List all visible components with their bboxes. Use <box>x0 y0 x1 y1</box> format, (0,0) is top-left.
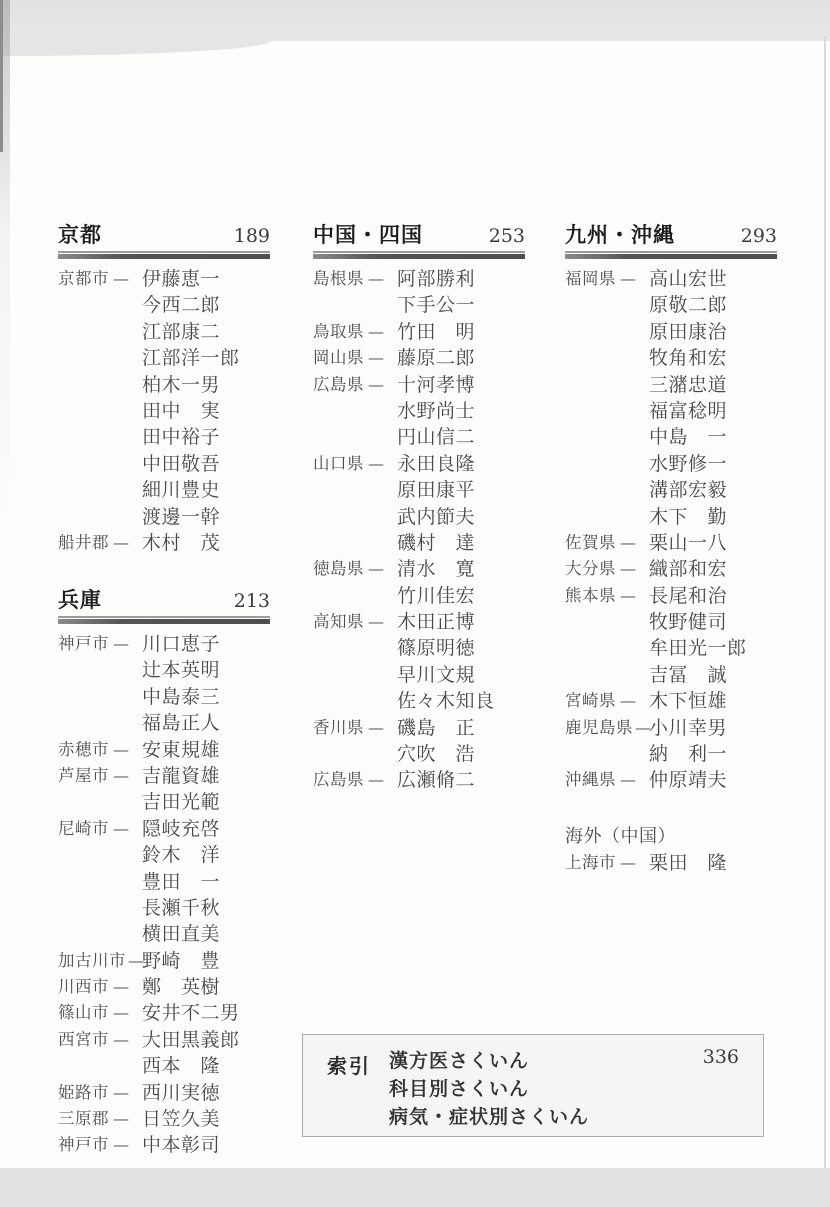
section-rows: 島根県—阿部勝利下手公一鳥取県—竹田 明岡山県—藤原二郎広島県—十河孝博水野尚士… <box>313 266 525 794</box>
entry-row: 原田康平 <box>313 477 525 503</box>
region-dash: — <box>113 1106 129 1132</box>
index-items: 漢方医さくいん 科目別さくいん 病気・症状別さくいん <box>389 1047 589 1131</box>
person-name: 清水 寛 <box>397 556 475 582</box>
section-page-number: 213 <box>234 590 270 612</box>
person-name: 藤原二郎 <box>397 345 475 371</box>
person-name: 溝部宏毅 <box>649 477 727 503</box>
entry-row: 福島正人 <box>58 710 270 736</box>
person-name: 中本彰司 <box>142 1132 220 1158</box>
entry-row: 神戸市—川口恵子 <box>58 631 270 657</box>
person-name: 納 利一 <box>649 741 727 767</box>
entry-row: 牟田光一郎 <box>565 635 777 661</box>
region-label: 山口県 <box>313 451 366 477</box>
person-name: 野崎 豊 <box>142 948 220 974</box>
region-dash: — <box>368 266 384 292</box>
entry-row: 円山信二 <box>313 424 525 450</box>
scanned-page: 京都189京都市—伊藤恵一今西二郎江部康二江部洋一郎柏木一男田中 実田中裕子中田… <box>0 0 830 1207</box>
person-name: 福島正人 <box>142 710 220 736</box>
region-dash: — <box>620 688 636 714</box>
index-page-number: 336 <box>703 1046 739 1068</box>
section-page-number: 189 <box>234 225 270 247</box>
person-name: 鈴木 洋 <box>142 842 220 868</box>
entry-row: 鈴木 洋 <box>58 842 270 868</box>
person-name: 吉冨 誠 <box>649 662 727 688</box>
region-label: 京都市 <box>58 266 111 292</box>
entry-row: 水野修一 <box>565 451 777 477</box>
region-label: 川西市 <box>58 974 111 1000</box>
region-label: 加古川市 <box>58 948 126 974</box>
entry-row: 熊本県—長尾和治 <box>565 583 777 609</box>
section-title: 京都 <box>58 219 102 249</box>
person-name: 佐々木知良 <box>397 688 495 714</box>
person-name: 吉田光範 <box>142 789 220 815</box>
entry-row: 吉田光範 <box>58 789 270 815</box>
person-name: 渡邊一幹 <box>142 504 220 530</box>
person-name: 磯島 正 <box>397 715 475 741</box>
region-label: 鹿児島県 <box>565 715 633 741</box>
entry-row: 高知県—木田正博 <box>313 609 525 635</box>
entry-row: 溝部宏毅 <box>565 477 777 503</box>
person-name: 伊藤恵一 <box>142 266 220 292</box>
region-dash: — <box>113 1132 129 1158</box>
person-name: 織部和宏 <box>649 556 727 582</box>
person-name: 阿部勝利 <box>397 266 475 292</box>
region-dash: — <box>620 556 636 582</box>
person-name: 吉龍資雄 <box>142 763 220 789</box>
entry-row: 西宮市—大田黒義郎 <box>58 1027 270 1053</box>
region-dash: — <box>113 631 129 657</box>
section-rows: 福岡県—高山宏世原敬二郎原田康治牧角和宏三潴忠道福富稔明中島 一水野修一溝部宏毅… <box>565 266 777 794</box>
entry-row: 芦屋市—吉龍資雄 <box>58 763 270 789</box>
entry-row: 磯村 達 <box>313 530 525 556</box>
overseas-heading: 海外（中国） <box>565 823 777 850</box>
section-divider <box>313 254 525 259</box>
region-label: 広島県 <box>313 372 366 398</box>
section-rows: 京都市—伊藤恵一今西二郎江部康二江部洋一郎柏木一男田中 実田中裕子中田敬吾細川豊… <box>58 266 270 556</box>
region-label: 神戸市 <box>58 1132 111 1158</box>
section-divider <box>565 254 777 259</box>
person-name: 原田康平 <box>397 477 475 503</box>
entry-row: 山口県—永田良隆 <box>313 451 525 477</box>
person-name: 大田黒義郎 <box>142 1027 240 1053</box>
region-dash: — <box>620 266 636 292</box>
entry-row: 今西二郎 <box>58 292 270 318</box>
region-dash: — <box>368 556 384 582</box>
person-name: 木村 茂 <box>142 530 220 556</box>
entry-row: 原田康治 <box>565 319 777 345</box>
region-dash: — <box>368 345 384 371</box>
region-dash: — <box>113 737 129 763</box>
region-label: 福岡県 <box>565 266 618 292</box>
section-divider <box>58 254 270 259</box>
entry-row: 牧野健司 <box>565 609 777 635</box>
person-name: 福富稔明 <box>649 398 727 424</box>
person-name: 安東規雄 <box>142 737 220 763</box>
entry-row: 京都市—伊藤恵一 <box>58 266 270 292</box>
region-dash: — <box>620 583 636 609</box>
person-name: 永田良隆 <box>397 451 475 477</box>
entry-row: 田中裕子 <box>58 424 270 450</box>
region-label: 西宮市 <box>58 1027 111 1053</box>
index-box: 索引 漢方医さくいん 科目別さくいん 病気・症状別さくいん 336 <box>302 1034 764 1137</box>
person-name: 原敬二郎 <box>649 292 727 318</box>
region-dash: — <box>113 974 129 1000</box>
scan-edge-bottom <box>0 1168 830 1207</box>
region-label: 神戸市 <box>58 631 111 657</box>
entry-row: 渡邊一幹 <box>58 504 270 530</box>
section-kyoto: 京都189京都市—伊藤恵一今西二郎江部康二江部洋一郎柏木一男田中 実田中裕子中田… <box>58 219 270 556</box>
entry-row: 宮崎県—木下恒雄 <box>565 688 777 714</box>
region-label: 赤穂市 <box>58 737 111 763</box>
person-name: 豊田 一 <box>142 869 220 895</box>
person-name: 牧角和宏 <box>649 345 727 371</box>
entry-row: 吉冨 誠 <box>565 662 777 688</box>
region-label: 大分県 <box>565 556 618 582</box>
section-header: 中国・四国253 <box>313 219 525 253</box>
entry-row: 沖縄県—仲原靖夫 <box>565 767 777 793</box>
person-name: 水野尚士 <box>397 398 475 424</box>
person-name: 栗山一八 <box>649 530 727 556</box>
section-header: 兵庫213 <box>58 584 270 618</box>
person-name: 中島 一 <box>649 424 727 450</box>
entry-row: 三潴忠道 <box>565 372 777 398</box>
section-kyushu-okinawa: 九州・沖縄293福岡県—高山宏世原敬二郎原田康治牧角和宏三潴忠道福富稔明中島 一… <box>565 219 777 877</box>
person-name: 長瀬千秋 <box>142 895 220 921</box>
region-dash: — <box>620 767 636 793</box>
entry-row: 福岡県—高山宏世 <box>565 266 777 292</box>
person-name: 辻本英明 <box>142 657 220 683</box>
person-name: 原田康治 <box>649 319 727 345</box>
person-name: 磯村 達 <box>397 530 475 556</box>
person-name: 水野修一 <box>649 451 727 477</box>
region-label: 芦屋市 <box>58 763 111 789</box>
person-name: 竹田 明 <box>397 319 475 345</box>
region-dash: — <box>113 816 129 842</box>
region-label: 姫路市 <box>58 1080 111 1106</box>
region-label: 徳島県 <box>313 556 366 582</box>
section-header: 九州・沖縄293 <box>565 219 777 253</box>
entry-row: 上海市—栗田 隆 <box>565 850 777 877</box>
region-label: 船井郡 <box>58 530 111 556</box>
entry-row: 佐賀県—栗山一八 <box>565 530 777 556</box>
region-label: 尼崎市 <box>58 816 111 842</box>
scan-edge-right <box>824 36 826 1168</box>
section-title: 九州・沖縄 <box>565 219 675 249</box>
entry-row: 中田敬吾 <box>58 451 270 477</box>
region-dash: — <box>113 1000 129 1026</box>
region-dash: — <box>368 451 384 477</box>
person-name: 高山宏世 <box>649 266 727 292</box>
person-name: 竹川佳宏 <box>397 583 475 609</box>
section-header: 京都189 <box>58 219 270 253</box>
person-name: 川口恵子 <box>142 631 220 657</box>
region-dash: — <box>113 530 129 556</box>
region-dash: — <box>368 372 384 398</box>
person-name: 中島泰三 <box>142 684 220 710</box>
person-name: 木田正博 <box>397 609 475 635</box>
person-name: 早川文規 <box>397 662 475 688</box>
person-name: 円山信二 <box>397 424 475 450</box>
person-name: 三潴忠道 <box>649 372 727 398</box>
scan-edge-left <box>0 0 10 520</box>
person-name: 長尾和治 <box>649 583 727 609</box>
person-name: 篠原明徳 <box>397 635 475 661</box>
entry-row: 篠原明徳 <box>313 635 525 661</box>
entry-row: 鳥取県—竹田 明 <box>313 319 525 345</box>
entry-row: 下手公一 <box>313 292 525 318</box>
entry-row: 納 利一 <box>565 741 777 767</box>
person-name: 田中裕子 <box>142 424 220 450</box>
person-name: 隠岐充啓 <box>142 816 220 842</box>
entry-row: 竹川佳宏 <box>313 583 525 609</box>
person-name: 安井不二男 <box>142 1000 240 1026</box>
section-rows: 神戸市—川口恵子辻本英明中島泰三福島正人赤穂市—安東規雄芦屋市—吉龍資雄吉田光範… <box>58 631 270 1159</box>
region-label: 上海市 <box>565 850 618 876</box>
entry-row: 辻本英明 <box>58 657 270 683</box>
scan-edge-top <box>0 0 830 41</box>
entry-row: 水野尚士 <box>313 398 525 424</box>
entry-row: 柏木一男 <box>58 372 270 398</box>
region-label: 広島県 <box>313 767 366 793</box>
entry-row: 江部洋一郎 <box>58 345 270 371</box>
index-item: 漢方医さくいん <box>389 1047 589 1075</box>
entry-row: 姫路市—西川実徳 <box>58 1080 270 1106</box>
person-name: 牧野健司 <box>649 609 727 635</box>
index-item: 科目別さくいん <box>389 1075 589 1103</box>
region-dash: — <box>620 850 636 876</box>
entry-row: 長瀬千秋 <box>58 895 270 921</box>
entry-row: 牧角和宏 <box>565 345 777 371</box>
region-label: 高知県 <box>313 609 366 635</box>
region-dash: — <box>113 1080 129 1106</box>
person-name: 仲原靖夫 <box>649 767 727 793</box>
region-dash: — <box>368 715 384 741</box>
entry-row: 原敬二郎 <box>565 292 777 318</box>
person-name: 西本 隆 <box>142 1053 220 1079</box>
person-name: 栗田 隆 <box>649 850 727 876</box>
entry-row: 細川豊史 <box>58 477 270 503</box>
entry-row: 川西市—鄭 英樹 <box>58 974 270 1000</box>
entry-row: 三原郡—日笠久美 <box>58 1106 270 1132</box>
index-label: 索引 <box>327 1050 371 1079</box>
region-label: 鳥取県 <box>313 319 366 345</box>
person-name: 細川豊史 <box>142 477 220 503</box>
person-name: 横田直美 <box>142 921 220 947</box>
entry-row: 大分県—織部和宏 <box>565 556 777 582</box>
section-title: 兵庫 <box>58 584 102 614</box>
entry-row: 早川文規 <box>313 662 525 688</box>
section-page-number: 253 <box>489 225 525 247</box>
person-name: 田中 実 <box>142 398 220 424</box>
entry-row: 岡山県—藤原二郎 <box>313 345 525 371</box>
entry-row: 島根県—阿部勝利 <box>313 266 525 292</box>
person-name: 広瀬脩二 <box>397 767 475 793</box>
entry-row: 豊田 一 <box>58 869 270 895</box>
region-label: 岡山県 <box>313 345 366 371</box>
person-name: 木下 勤 <box>649 504 727 530</box>
region-label: 島根県 <box>313 266 366 292</box>
person-name: 中田敬吾 <box>142 451 220 477</box>
entry-row: 福富稔明 <box>565 398 777 424</box>
person-name: 江部洋一郎 <box>142 345 240 371</box>
section-hyogo: 兵庫213神戸市—川口恵子辻本英明中島泰三福島正人赤穂市—安東規雄芦屋市—吉龍資… <box>58 584 270 1159</box>
index-item: 病気・症状別さくいん <box>389 1103 589 1131</box>
entry-row: 広島県—十河孝博 <box>313 372 525 398</box>
person-name: 穴吹 浩 <box>397 741 475 767</box>
entry-row: 徳島県—清水 寛 <box>313 556 525 582</box>
region-dash: — <box>620 530 636 556</box>
region-label: 篠山市 <box>58 1000 111 1026</box>
section-title: 中国・四国 <box>313 219 423 249</box>
person-name: 今西二郎 <box>142 292 220 318</box>
entry-row: 中島 一 <box>565 424 777 450</box>
section-page-number: 293 <box>741 225 777 247</box>
entry-row: 神戸市—中本彰司 <box>58 1132 270 1158</box>
person-name: 木下恒雄 <box>649 688 727 714</box>
entry-row: 鹿児島県—小川幸男 <box>565 715 777 741</box>
entry-row: 横田直美 <box>58 921 270 947</box>
region-dash: — <box>113 266 129 292</box>
section-divider <box>58 619 270 624</box>
region-label: 香川県 <box>313 715 366 741</box>
entry-row: 香川県—磯島 正 <box>313 715 525 741</box>
entry-row: 武内節夫 <box>313 504 525 530</box>
region-dash: — <box>368 609 384 635</box>
entry-row: 木下 勤 <box>565 504 777 530</box>
entry-row: 穴吹 浩 <box>313 741 525 767</box>
overseas-block: 海外（中国）上海市—栗田 隆 <box>565 823 777 877</box>
entry-row: 赤穂市—安東規雄 <box>58 737 270 763</box>
entry-row: 加古川市—野崎 豊 <box>58 948 270 974</box>
entry-row: 江部康二 <box>58 319 270 345</box>
entry-row: 西本 隆 <box>58 1053 270 1079</box>
entry-row: 尼崎市—隠岐充啓 <box>58 816 270 842</box>
region-dash: — <box>113 763 129 789</box>
person-name: 柏木一男 <box>142 372 220 398</box>
person-name: 下手公一 <box>397 292 475 318</box>
region-label: 三原郡 <box>58 1106 111 1132</box>
region-dash: — <box>368 767 384 793</box>
person-name: 鄭 英樹 <box>142 974 220 1000</box>
entry-row: 佐々木知良 <box>313 688 525 714</box>
entry-row: 中島泰三 <box>58 684 270 710</box>
region-label: 佐賀県 <box>565 530 618 556</box>
entry-row: 篠山市—安井不二男 <box>58 1000 270 1026</box>
person-name: 江部康二 <box>142 319 220 345</box>
region-dash: — <box>113 1027 129 1053</box>
person-name: 十河孝博 <box>397 372 475 398</box>
person-name: 日笠久美 <box>142 1106 220 1132</box>
region-label: 熊本県 <box>565 583 618 609</box>
person-name: 武内節夫 <box>397 504 475 530</box>
entry-row: 田中 実 <box>58 398 270 424</box>
region-label: 沖縄県 <box>565 767 618 793</box>
region-dash: — <box>368 319 384 345</box>
person-name: 小川幸男 <box>649 715 727 741</box>
region-label: 宮崎県 <box>565 688 618 714</box>
section-chugoku-shikoku: 中国・四国253島根県—阿部勝利下手公一鳥取県—竹田 明岡山県—藤原二郎広島県—… <box>313 219 525 794</box>
person-name: 西川実徳 <box>142 1080 220 1106</box>
person-name: 牟田光一郎 <box>649 635 747 661</box>
entry-row: 船井郡—木村 茂 <box>58 530 270 556</box>
entry-row: 広島県—広瀬脩二 <box>313 767 525 793</box>
